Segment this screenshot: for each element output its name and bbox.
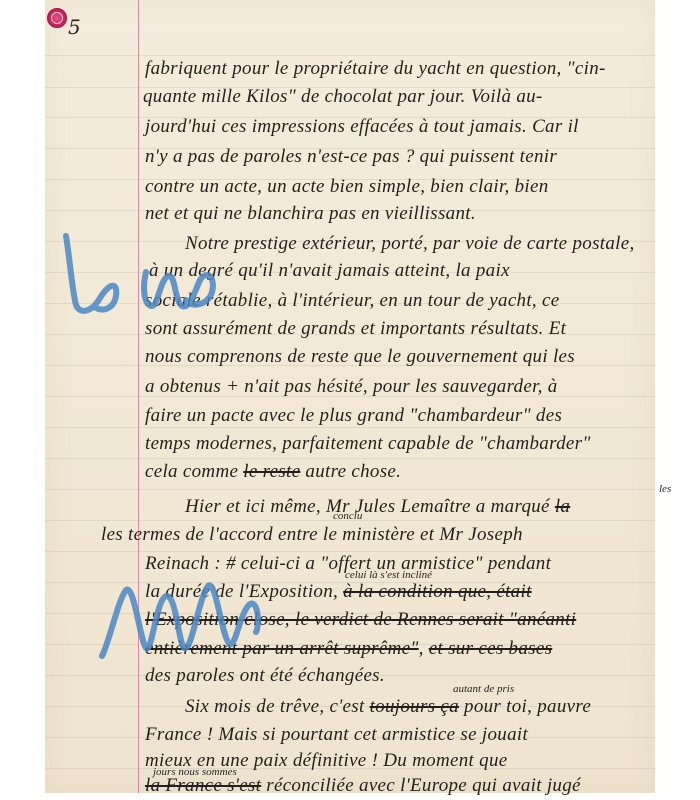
- text-line: Notre prestige extérieur, porté, par voi…: [185, 233, 635, 255]
- text-segment: réconciliée avec l'Europe qui avait jugé: [261, 775, 581, 796]
- text-line: jourd'hui ces impressions effacées à tou…: [145, 116, 579, 138]
- struck-text: la: [555, 496, 570, 517]
- manuscript-page: 5 fabriquent pour le propriétaire du yac…: [45, 0, 655, 793]
- struck-text: entièrement par un arrêt suprême": [145, 638, 419, 659]
- struck-underlined-text: la France s'est: [145, 775, 261, 796]
- text-segment: pour toi, pauvre: [459, 696, 591, 717]
- text-line: a obtenus + n'ait pas hésité, pour les s…: [145, 376, 558, 398]
- margin-line: [138, 0, 139, 793]
- interlinear-insertion: autant de pris: [453, 683, 514, 695]
- text-line: Hier et ici même, Mr Jules Lemaître a ma…: [185, 496, 570, 518]
- text-line: net et qui ne blanchira pas en vieilliss…: [145, 203, 476, 225]
- text-line: nous comprenons de reste que le gouverne…: [145, 346, 575, 368]
- struck-text: à la condition que, était: [343, 581, 532, 602]
- interlinear-insertion: les: [659, 483, 671, 495]
- text-line: la France s'est réconciliée avec l'Europ…: [145, 775, 581, 797]
- text-segment: entre le ministère et Mr Joseph: [273, 524, 523, 545]
- text-line: France ! Mais si pourtant cet armistice …: [145, 724, 528, 746]
- interlinear-insertion: celui là s'est incliné: [345, 569, 432, 581]
- struck-text: le reste: [243, 461, 300, 482]
- text-line: quante mille Kilos" de chocolat par jour…: [143, 86, 543, 108]
- struck-text: toujours ça: [370, 696, 459, 717]
- ruled-line: [45, 551, 655, 552]
- text-segment: ,: [419, 638, 429, 659]
- text-segment: les termes de l'accord: [101, 524, 273, 545]
- text-line: les termes de l'accord entre le ministèr…: [101, 524, 523, 546]
- seal-inner-ring: [51, 12, 63, 24]
- struck-text: et sur ces bases: [429, 638, 553, 659]
- text-segment: autre chose.: [300, 461, 401, 482]
- text-line: cela comme le reste autre chose.: [145, 461, 401, 483]
- text-segment: Hier et ici même, Mr Jules Lemaître a ma…: [185, 496, 555, 517]
- red-seal-stamp: [47, 8, 67, 28]
- ruled-line: [45, 55, 655, 56]
- text-line: fabriquent pour le propriétaire du yacht…: [145, 58, 606, 80]
- text-line: contre un acte, un acte bien simple, bie…: [145, 176, 549, 198]
- text-line: l'Exposition close, le verdict de Rennes…: [145, 609, 576, 631]
- ruled-line: [45, 489, 655, 490]
- text-line: la durée de l'Exposition, à la condition…: [145, 581, 532, 603]
- ruled-line: [45, 458, 655, 459]
- text-line: à un degré qu'il n'avait jamais atteint,…: [149, 260, 510, 282]
- text-line: n'y a pas de paroles n'est-ce pas ? qui …: [145, 146, 557, 168]
- page-number: 5: [68, 15, 81, 39]
- text-line: Six mois de trêve, c'est toujours ça pou…: [185, 696, 591, 718]
- text-segment: la durée de l'Exposition,: [145, 581, 343, 602]
- text-segment: Six mois de trêve, c'est: [185, 696, 370, 717]
- text-line: faire un pacte avec le plus grand "chamb…: [145, 405, 562, 427]
- interlinear-insertion: conclu: [333, 510, 362, 522]
- text-line: sociale rétablie, à l'intérieur, en un t…: [145, 290, 560, 312]
- text-line: temps modernes, parfaitement capable de …: [145, 433, 591, 455]
- struck-text: l'Exposition close, le verdict de Rennes…: [145, 609, 576, 630]
- text-line: entièrement par un arrêt suprême", et su…: [145, 638, 552, 660]
- ruled-line: [45, 427, 655, 428]
- text-segment: cela comme: [145, 461, 243, 482]
- text-line: sont assurément de grands et importants …: [145, 318, 566, 340]
- text-line: des paroles ont été échangées.: [145, 665, 385, 687]
